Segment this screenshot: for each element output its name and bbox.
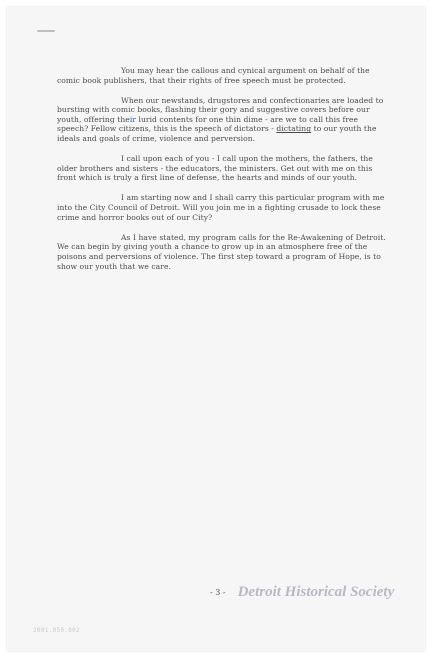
paragraph-city-council: I am starting now and I shall carry this…	[57, 193, 387, 222]
paragraph-call-upon: I call upon each of you - I call upon th…	[57, 154, 387, 183]
page-footer: - 3 - Detroit Historical Society	[210, 583, 394, 601]
paragraph-re-awakening: As I have stated, my program calls for t…	[57, 233, 387, 271]
page-number: - 3 -	[210, 588, 226, 597]
paragraph-free-speech: You may hear the callous and cynical arg…	[57, 66, 387, 85]
paper-smudge	[37, 30, 55, 32]
letter-body: You may hear the callous and cynical arg…	[57, 66, 387, 282]
underlined-word: dictating	[276, 124, 311, 133]
paragraph-newstands: When our newstands, drugstores and confe…	[57, 96, 387, 144]
watermark: Detroit Historical Society	[238, 584, 395, 601]
accession-number: 2001.050.002	[33, 627, 80, 634]
